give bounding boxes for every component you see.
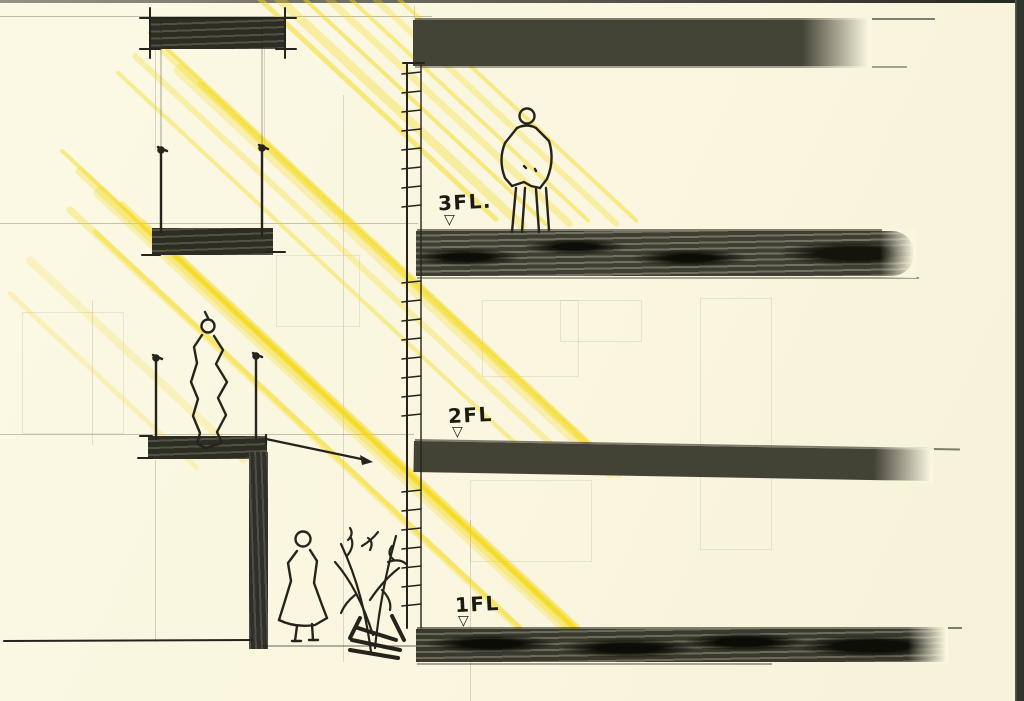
sketch-ink-layer <box>0 0 1024 701</box>
level-marker-2fl: ▽ <box>452 424 463 440</box>
figure-ground <box>279 532 327 642</box>
sketch-page: 3FL. ▽ 2FL ▽ 1FL ▽ <box>0 0 1024 701</box>
level-marker-1fl: ▽ <box>458 613 469 629</box>
level-marker-3fl: ▽ <box>444 212 455 228</box>
plant <box>335 528 406 658</box>
canopy-upper-hangers <box>142 20 285 255</box>
figure-canopy <box>191 312 227 448</box>
facade-column-ladder <box>402 63 424 628</box>
canopy-lower-hangers <box>138 353 262 458</box>
direction-arrow <box>266 435 373 465</box>
roof-slab-ticks <box>140 8 296 58</box>
figure-3fl <box>502 109 552 233</box>
